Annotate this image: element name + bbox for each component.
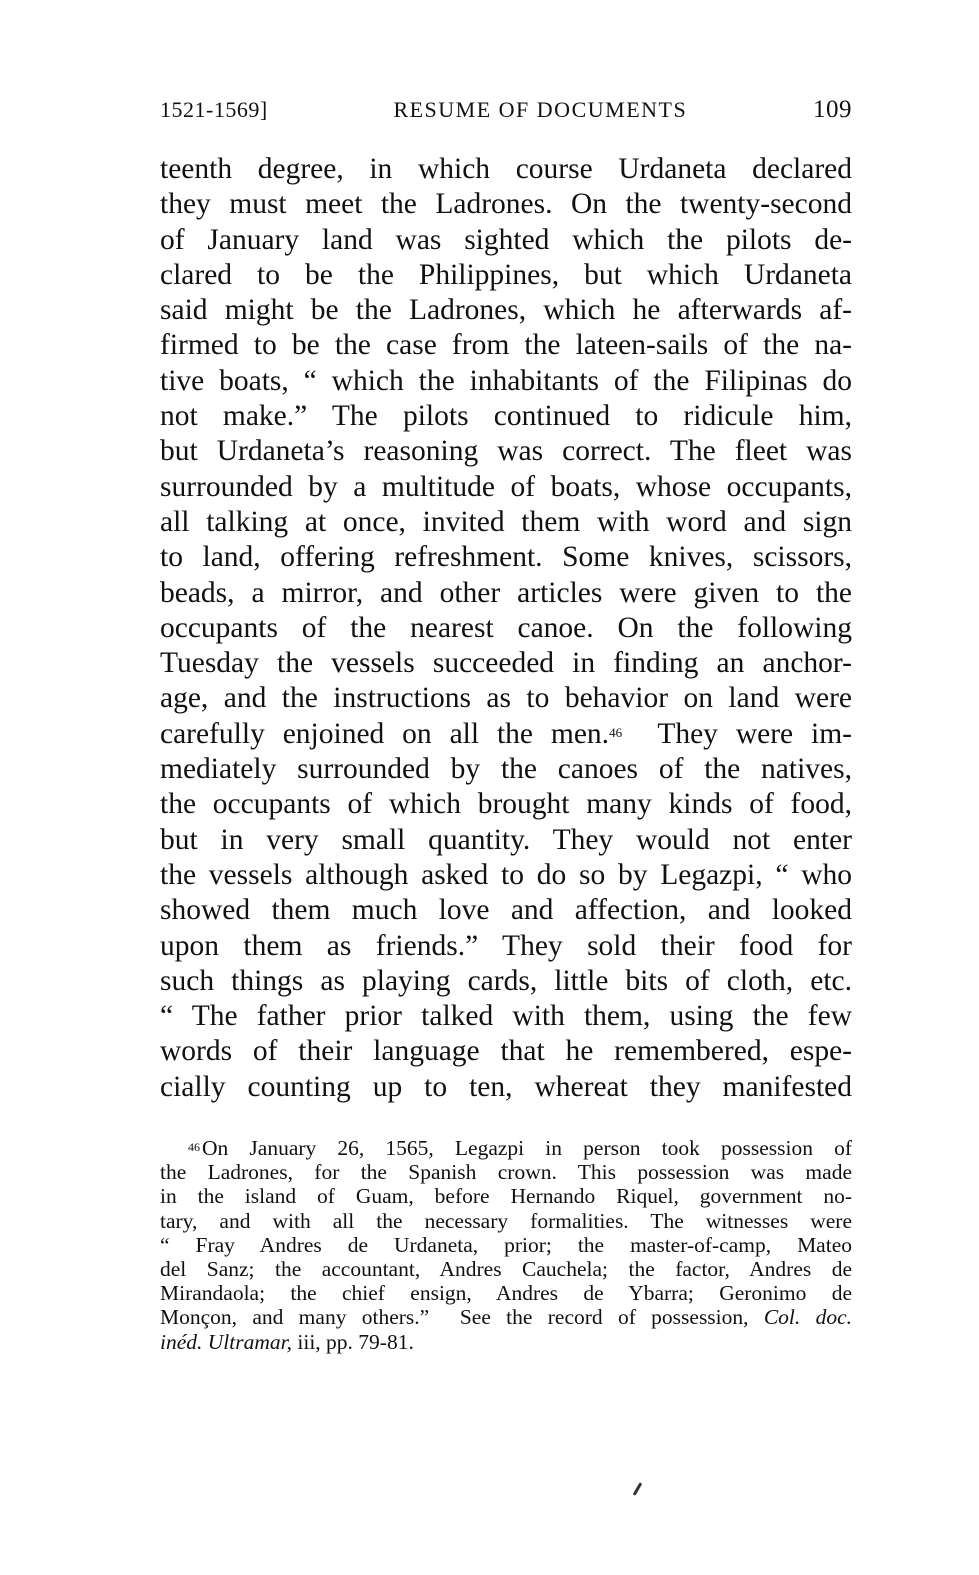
body-text: teenth degree, in which course Urdaneta …: [160, 152, 852, 1105]
footnote-number: 46: [188, 1140, 200, 1154]
text-segment: They were im-: [622, 718, 852, 750]
text-line: upon them as friends.” They sold their f…: [160, 929, 852, 964]
text-line: to land, offering refreshment. Some kniv…: [160, 540, 852, 575]
footnote-line: del Sanz; the accountant, Andres Cauchel…: [160, 1257, 852, 1281]
text-line: mediately surrounded by the canoes of th…: [160, 752, 852, 787]
text-segment: On January 26, 1565, Legazpi in person t…: [202, 1136, 852, 1160]
footnote-line: the Ladrones, for the Spanish crown. Thi…: [160, 1160, 852, 1184]
footnote-line: Monçon, and many others.” See the record…: [160, 1305, 852, 1329]
text-line: the occupants of which brought many kind…: [160, 787, 852, 822]
text-line: surrounded by a multitude of boats, whos…: [160, 470, 852, 505]
text-line: occupants of the nearest canoe. On the f…: [160, 611, 852, 646]
text-line: not make.” The pilots continued to ridic…: [160, 399, 852, 434]
text-line: words of their language that he remember…: [160, 1034, 852, 1069]
date-range: 1521-1569]: [160, 97, 268, 123]
pen-mark: [633, 1482, 643, 1496]
text-line: showed them much love and affection, and…: [160, 893, 852, 928]
footnote-line: inéd. Ultramar, iii, pp. 79-81.: [160, 1330, 852, 1354]
text-line: beads, a mirror, and other articles were…: [160, 576, 852, 611]
footnote-46: 46On January 26, 1565, Legazpi in person…: [160, 1136, 852, 1354]
text-line-with-footnote-ref: carefully enjoined on all the men.46 The…: [160, 717, 852, 752]
text-line: teenth degree, in which course Urdaneta …: [160, 152, 852, 187]
text-segment: iii, pp. 79-81.: [292, 1330, 414, 1354]
text-line: Tuesday the vessels succeeded in finding…: [160, 646, 852, 681]
running-title: RESUME OF DOCUMENTS: [393, 97, 687, 123]
text-line: firmed to be the case from the lateen-sa…: [160, 328, 852, 363]
text-line: all talking at once, invited them with w…: [160, 505, 852, 540]
footnote-line: tary, and with all the necessary formali…: [160, 1209, 852, 1233]
citation-italic: Col. doc.: [764, 1305, 852, 1329]
text-line: but in very small quantity. They would n…: [160, 823, 852, 858]
text-line: but Urdaneta’s reasoning was correct. Th…: [160, 434, 852, 469]
text-segment: carefully enjoined on all the men.: [160, 718, 609, 750]
text-line: cially counting up to ten, whereat they …: [160, 1070, 852, 1105]
text-line: said might be the Ladrones, which he aft…: [160, 293, 852, 328]
text-line: clared to be the Philippines, but which …: [160, 258, 852, 293]
text-segment: Monçon, and many others.” See the record…: [160, 1305, 764, 1329]
running-head: 1521-1569] RESUME OF DOCUMENTS 109: [160, 96, 852, 136]
footnote-line: “ Fray Andres de Urdaneta, prior; the ma…: [160, 1233, 852, 1257]
text-line: they must meet the Ladrones. On the twen…: [160, 187, 852, 222]
page-number: 109: [813, 96, 852, 124]
text-line: “ The father prior talked with them, usi…: [160, 999, 852, 1034]
footnote-reference[interactable]: 46: [609, 725, 622, 740]
footnote-line: Mirandaola; the chief ensign, Andres de …: [160, 1281, 852, 1305]
text-line: the vessels although asked to do so by L…: [160, 858, 852, 893]
book-page: 1521-1569] RESUME OF DOCUMENTS 109 teent…: [160, 96, 852, 1354]
text-line: of January land was sighted which the pi…: [160, 223, 852, 258]
footnote-line: 46On January 26, 1565, Legazpi in person…: [160, 1136, 852, 1160]
citation-italic: inéd. Ultramar,: [160, 1330, 292, 1354]
text-line: such things as playing cards, little bit…: [160, 964, 852, 999]
text-line: age, and the instructions as to behavior…: [160, 681, 852, 716]
text-line: tive boats, “ which the inhabitants of t…: [160, 364, 852, 399]
footnote-line: in the island of Guam, before Hernando R…: [160, 1184, 852, 1208]
